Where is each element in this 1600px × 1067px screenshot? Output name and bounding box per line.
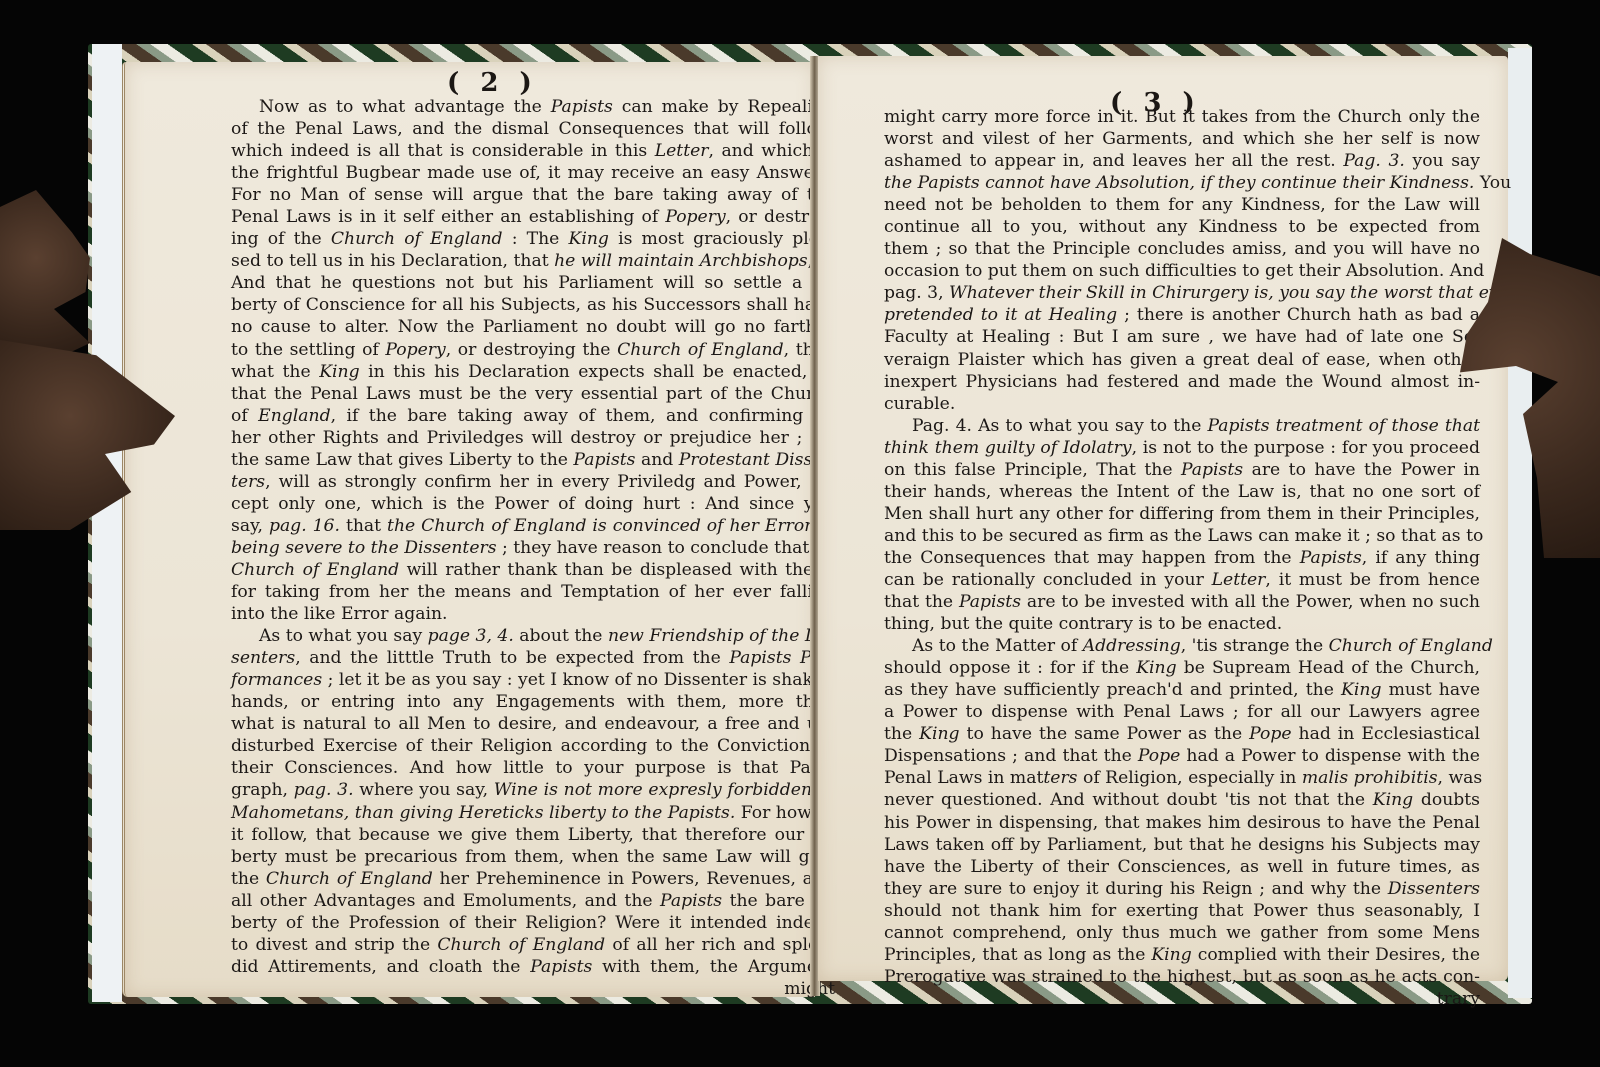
text-line: of the Penal Laws, and the dismal Conseq… <box>231 118 835 140</box>
text-line: the Consequences that may happen from th… <box>884 547 1480 569</box>
text-line: occasion to put them on such difficultie… <box>884 260 1480 282</box>
text-line: continue all to you, without any Kindnes… <box>884 216 1480 238</box>
text-line: cept only one, which is the Power of doi… <box>231 493 835 515</box>
catchword: might <box>231 978 835 1000</box>
text-line: And that he questions not but his Parlia… <box>231 272 835 294</box>
text-line: As to the Matter of Addressing, 'tis str… <box>884 635 1480 657</box>
text-line: berty of Conscience for all his Subjects… <box>231 294 835 316</box>
text-line: them ; so that the Principle concludes a… <box>884 238 1480 260</box>
text-line: they are sure to enjoy it during his Rei… <box>884 878 1480 900</box>
text-line: inexpert Physicians had festered and mad… <box>884 371 1480 393</box>
text-line: Pag. 4. As to what you say to the Papist… <box>884 415 1480 437</box>
text-line: to the settling of Popery, or destroying… <box>231 339 835 361</box>
text-line: berty must be precarious from them, when… <box>231 846 835 868</box>
text-line: all other Advantages and Emoluments, and… <box>231 890 835 912</box>
text-line: a Power to dispense with Penal Laws ; fo… <box>884 701 1480 723</box>
text-line: the Papists cannot have Absolution, if t… <box>884 172 1480 194</box>
text-line: senters, and the litttle Truth to be exp… <box>231 647 835 669</box>
text-line: Mahometans, than giving Hereticks libert… <box>231 802 835 824</box>
board-edge-left <box>92 44 122 1002</box>
text-line: disturbed Exercise of their Religion acc… <box>231 735 835 757</box>
text-line: cannot comprehend, only thus much we gat… <box>884 922 1480 944</box>
text-line: did Attirements, and cloath the Papists … <box>231 956 835 978</box>
text-line: for taking from her the means and Tempta… <box>231 581 835 603</box>
text-line: For no Man of sense will argue that the … <box>231 184 835 206</box>
text-line: ing of the Church of England : The King … <box>231 228 835 250</box>
text-line: think them guilty of Idolatry, is not to… <box>884 437 1480 459</box>
text-line: the frightful Bugbear made use of, it ma… <box>231 162 835 184</box>
text-line: Men shall hurt any other for differing f… <box>884 503 1480 525</box>
text-line: as they have sufficiently preach'd and p… <box>884 679 1480 701</box>
text-line: that the Penal Laws must be the very ess… <box>231 383 835 405</box>
text-line: Faculty at Healing : But I am sure , we … <box>884 326 1480 348</box>
metal-page-clip-left-upper <box>0 190 90 360</box>
left-page-text: Now as to what advantage the Papists can… <box>231 96 835 1000</box>
text-line: never questioned. And without doubt 'tis… <box>884 789 1480 811</box>
text-line: Dispensations ; and that the Pope had a … <box>884 745 1480 767</box>
text-line: have the Liberty of their Consciences, a… <box>884 856 1480 878</box>
text-line: berty of the Profession of their Religio… <box>231 912 835 934</box>
text-line: hands, or entring into any Engagements w… <box>231 691 835 713</box>
text-line: ters, will as strongly confirm her in ev… <box>231 471 835 493</box>
text-line: being severe to the Dissenters ; they ha… <box>231 537 835 559</box>
text-line: thing, but the quite contrary is to be e… <box>884 613 1480 635</box>
text-line: ashamed to appear in, and leaves her all… <box>884 150 1480 172</box>
text-line: formances ; let it be as you say : yet I… <box>231 669 835 691</box>
text-line: what the King in this his Declaration ex… <box>231 361 835 383</box>
text-line: pag. 3, Whatever their Skill in Chirurge… <box>884 282 1480 304</box>
text-line: his Power in dispensing, that makes him … <box>884 812 1480 834</box>
text-line: their hands, whereas the Intent of the L… <box>884 481 1480 503</box>
text-line: the same Law that gives Liberty to the P… <box>231 449 835 471</box>
text-line: which indeed is all that is considerable… <box>231 140 835 162</box>
text-line: to divest and strip the Church of Englan… <box>231 934 835 956</box>
text-line: curable. <box>884 393 1480 415</box>
text-line: and this to be secured as firm as the La… <box>884 525 1480 547</box>
text-line: As to what you say page 3, 4. about the … <box>231 625 835 647</box>
text-line: should oppose it : for if the King be Su… <box>884 657 1480 679</box>
text-line: the Church of England her Preheminence i… <box>231 868 835 890</box>
text-line: might carry more force in it. But it tak… <box>884 106 1480 128</box>
text-line: Church of England will rather thank than… <box>231 559 835 581</box>
text-line: worst and vilest of her Garments, and wh… <box>884 128 1480 150</box>
left-page: ( 2 ) Now as to what advantage the Papis… <box>122 62 815 997</box>
text-line: Penal Laws is in it self either an estab… <box>231 206 835 228</box>
right-page: ( 3 ) might carry more force in it. But … <box>818 56 1508 981</box>
text-line: no cause to alter. Now the Parliament no… <box>231 316 835 338</box>
text-line: need not be beholden to them for any Kin… <box>884 194 1480 216</box>
text-line: what is natural to all Men to desire, an… <box>231 713 835 735</box>
text-line: the King to have the same Power as the P… <box>884 723 1480 745</box>
text-line: Laws taken off by Parliament, but that h… <box>884 834 1480 856</box>
text-line: it follow, that because we give them Lib… <box>231 824 835 846</box>
text-line: that the Papists are to be invested with… <box>884 591 1480 613</box>
text-line: her other Rights and Priviledges will de… <box>231 427 835 449</box>
page-number: ( 2 ) <box>447 68 538 98</box>
text-line: Principles, that as long as the King com… <box>884 944 1480 966</box>
board-edge-right <box>1508 48 1532 998</box>
right-page-text: might carry more force in it. But it tak… <box>884 106 1480 1010</box>
text-line: can be rationally concluded in your Lett… <box>884 569 1480 591</box>
text-line: Prerogative was strained to the highest,… <box>884 966 1480 988</box>
text-line: Penal Laws in matters of Religion, espec… <box>884 767 1480 789</box>
text-line: pretended to it at Healing ; there is an… <box>884 304 1480 326</box>
text-line: into the like Error again. <box>231 603 835 625</box>
text-line: sed to tell us in his Declaration, that … <box>231 250 835 272</box>
catchword: trary <box>884 988 1480 1010</box>
text-line: their Consciences. And how little to you… <box>231 757 835 779</box>
text-line: on this false Principle, That the Papist… <box>884 459 1480 481</box>
text-line: of England, if the bare taking away of t… <box>231 405 835 427</box>
text-line: veraign Plaister which has given a great… <box>884 349 1480 371</box>
text-line: should not thank him for exerting that P… <box>884 900 1480 922</box>
text-line: graph, pag. 3. where you say, Wine is no… <box>231 779 835 801</box>
text-line: Now as to what advantage the Papists can… <box>231 96 835 118</box>
text-line: say, pag. 16. that the Church of England… <box>231 515 835 537</box>
